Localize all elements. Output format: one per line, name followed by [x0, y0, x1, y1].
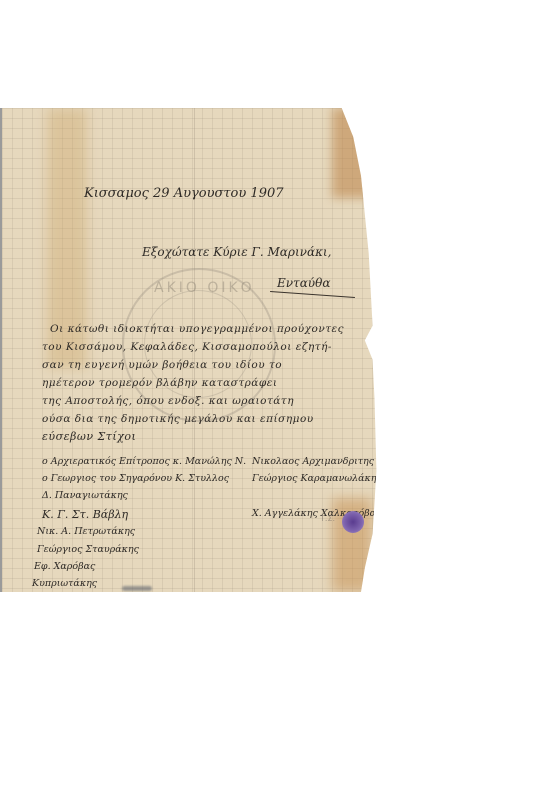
signature-left: ο Αρχιερατικός Επίτροπος κ. Μανώλης Ν.: [42, 456, 246, 467]
scan-left-border: [0, 108, 2, 592]
body-line: σαν τη ευγενή υμών βοήθεια του ιδίου το: [42, 359, 282, 371]
body-line: εύσεβων Στίχοι: [42, 430, 136, 443]
signature-left: Γεώργιος Σταυράκης: [37, 544, 139, 555]
body-line: της Αποστολής, όπου ενδοξ. και ωραιοτάτη: [42, 395, 294, 407]
signature-left: Δ. Παναγιωτάκης: [42, 490, 128, 501]
signature-left: Νικ. Α. Πετρωτάκης: [37, 526, 135, 537]
stamp-mark-text: Τ.Σ.: [320, 514, 335, 523]
body-line: ούσα δια της δημοτικής μεγάλου και επίση…: [42, 413, 314, 425]
body-line: ημέτερον τρομερόν βλάβην καταστράφει: [42, 377, 278, 389]
body-line: του Κισσάμου, Κεφαλάδες, Κισσαμοπούλοι ε…: [42, 341, 332, 353]
scanned-letter: ΑΚΙΟ ΟΙΚΟ Κισσαμος 29 Αυγουστου 1907 Εξο…: [2, 108, 388, 592]
signature-right: Γεώργιος Καραμανωλάκης: [252, 473, 382, 484]
ink-smudge: [122, 586, 152, 591]
location-line: Ενταύθα: [277, 276, 330, 290]
body-line: Οι κάτωθι ιδιοκτήται υπογεγραμμένοι πρού…: [50, 323, 344, 335]
signature-left: ο Γεωργιος του Σηγαρόνου Κ. Στυλλος: [42, 473, 229, 484]
place-date-line: Κισσαμος 29 Αυγουστου 1907: [84, 186, 284, 201]
salutation-line: Εξοχώτατε Κύριε Γ. Μαρινάκι,: [142, 245, 331, 259]
signature-left: Εφ. Χαρόβας: [34, 561, 95, 572]
signature-left: Κ. Γ. Στ. Βάβλη: [42, 508, 128, 521]
watermark-text: ΑΚΙΟ ΟΙΚΟ: [154, 280, 255, 296]
signature-right: Νικολαος Αρχιμανδριτης: [252, 456, 374, 467]
signature-left: Κυπριωτάκης: [32, 578, 97, 589]
purple-ink-stamp: [342, 511, 364, 533]
paper-tear-hole: [372, 228, 388, 246]
